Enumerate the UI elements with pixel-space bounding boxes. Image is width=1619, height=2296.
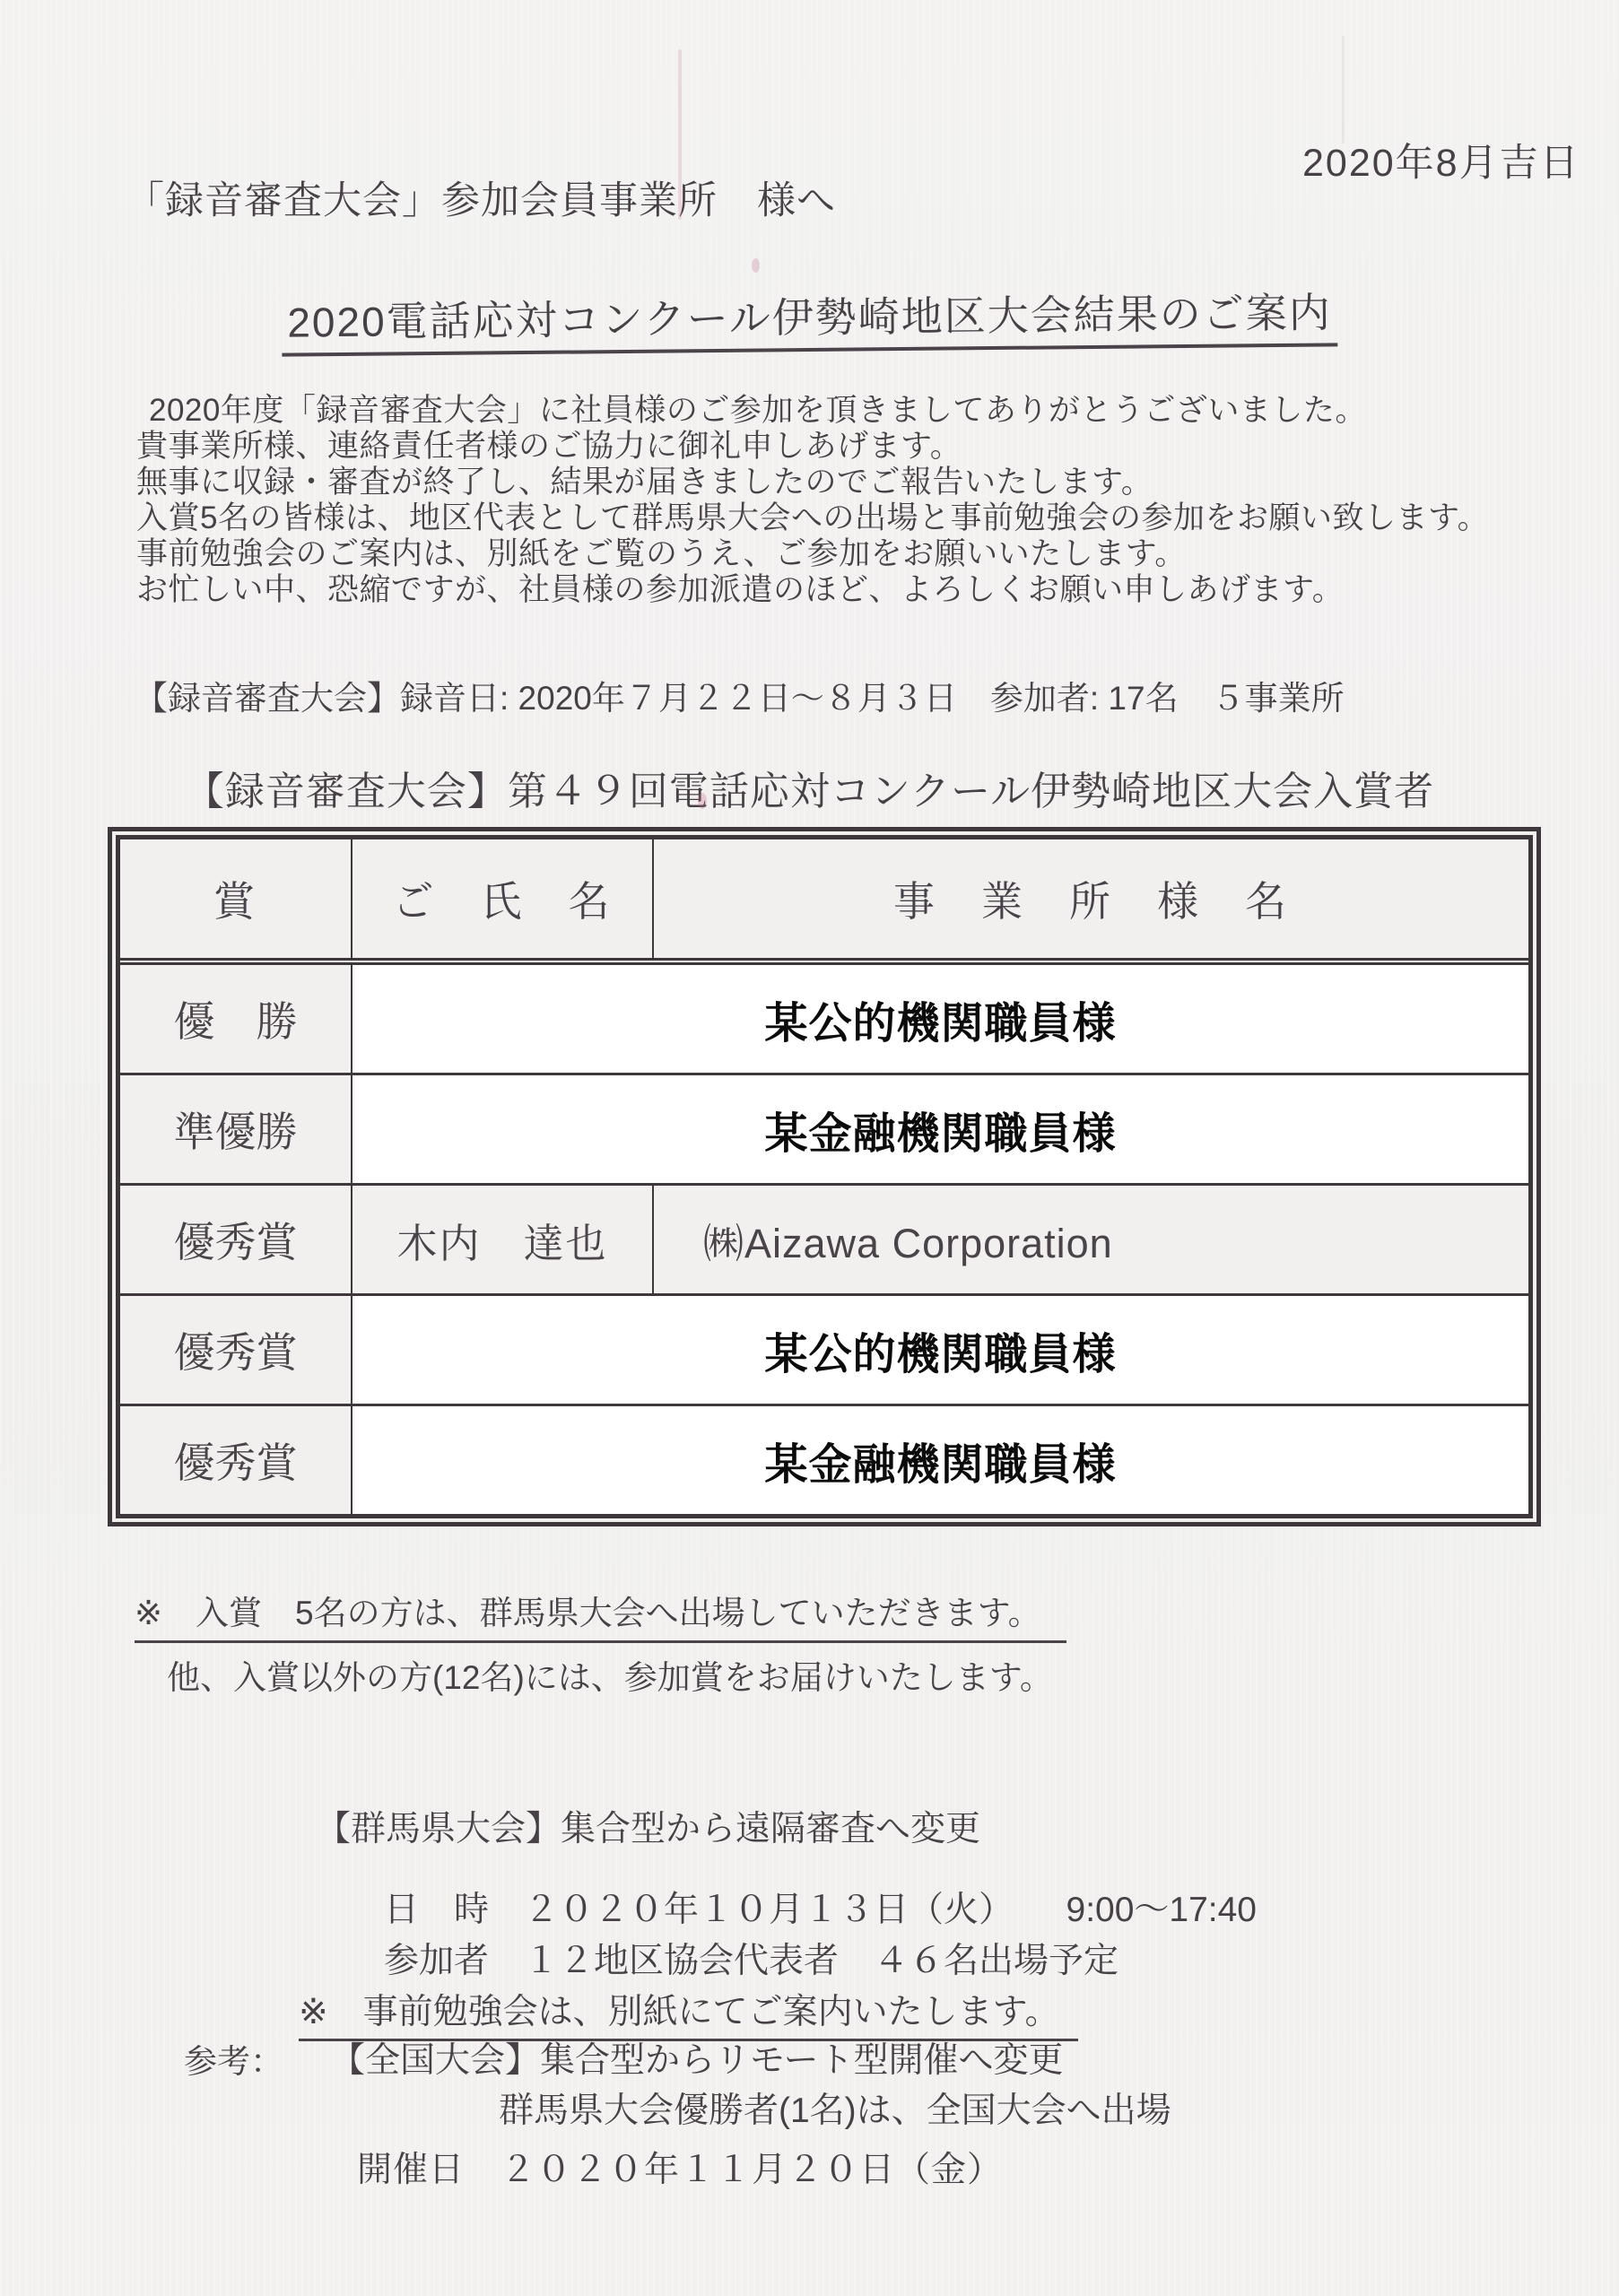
body-line: 2020年度「録音審査大会」に社員様のご参加を頂きましてありがとうございました。 bbox=[136, 393, 1489, 429]
redacted-entry-cell: 某公的機関職員様 bbox=[352, 961, 1528, 1074]
table-row: 優秀賞 木内 達也 ㈱Aizawa Corporation bbox=[120, 1185, 1528, 1295]
award-cell: 優秀賞 bbox=[120, 1295, 352, 1405]
header-name: ご 氏 名 bbox=[352, 839, 653, 961]
advance-note: ※ 入賞 5名の方は、群馬県大会へ出場していただきます。 bbox=[135, 1586, 1066, 1634]
award-cell: 優 勝 bbox=[120, 961, 352, 1074]
addressee-line: 「録音審査大会」参加会員事業所 様へ bbox=[126, 170, 836, 225]
table-header-row: 賞 ご 氏 名 事 業 所 様 名 bbox=[120, 839, 1528, 961]
prefecture-meet-note: ※ 事前勉強会は、別紙にてご案内いたします。 bbox=[299, 1984, 1078, 2034]
national-meet-date: 開催日 ２０２０年１１月２０日（金） bbox=[357, 2142, 1003, 2192]
prefecture-meet-datetime: 日 時 ２０２０年１０月１３日（火） 9:00～17:40 bbox=[384, 1882, 1257, 1932]
document-title: 2020電話応対コンクール伊勢崎地区大会結果のご案内 bbox=[0, 277, 1619, 352]
body-line: 入賞5名の皆様は、地区代表として群馬県大会への出場と事前勉強会の参加をお願い致し… bbox=[136, 500, 1489, 536]
winner-name-cell: 木内 達也 bbox=[352, 1185, 653, 1295]
body-line: 貴事業所様、連絡責任者様のご協力に御礼申しあげます。 bbox=[136, 429, 1489, 465]
redacted-entry-cell: 某公的機関職員様 bbox=[352, 1295, 1528, 1405]
award-cell: 優秀賞 bbox=[120, 1405, 352, 1515]
winners-table: 賞 ご 氏 名 事 業 所 様 名 優 勝 某公的機関職員様 準優勝 某金融機関… bbox=[108, 827, 1541, 1526]
national-meet-heading: 【全国大会】集合型からリモート型開催へ変更 bbox=[330, 2032, 1063, 2083]
body-line: お忙しい中、恐縮ですが、社員様の参加派遣のほど、よろしくお願い申しあげます。 bbox=[136, 572, 1489, 608]
document-title-text: 2020電話応対コンクール伊勢崎地区大会結果のご案内 bbox=[282, 289, 1337, 356]
body-line: 事前勉強会のご案内は、別紙をご覧のうえ、ご参加をお願いいたします。 bbox=[136, 536, 1489, 572]
award-cell: 準優勝 bbox=[120, 1074, 352, 1185]
table-row: 優 勝 某公的機関職員様 bbox=[120, 961, 1528, 1074]
redacted-entry-cell: 某金融機関職員様 bbox=[352, 1405, 1528, 1515]
award-cell: 優秀賞 bbox=[120, 1185, 352, 1295]
advance-note-text: ※ 入賞 5名の方は、群馬県大会へ出場していただきます。 bbox=[135, 1595, 1066, 1643]
participation-note: 他、入賞以外の方(12名)には、参加賞をお届けいたします。 bbox=[167, 1650, 1053, 1699]
national-meet-detail: 群馬県大会優勝者(1名)は、全国大会へ出場 bbox=[499, 2083, 1171, 2133]
prefecture-meet-heading: 【群馬県大会】集合型から遠隔審査へ変更 bbox=[316, 1801, 980, 1851]
table-row: 準優勝 某金融機関職員様 bbox=[120, 1074, 1528, 1185]
redacted-entry-cell: 某金融機関職員様 bbox=[352, 1074, 1528, 1185]
table-row: 優秀賞 某金融機関職員様 bbox=[120, 1405, 1528, 1515]
recording-summary: 【録音審査大会】録音日: 2020年７月２２日～８月３日 参加者: 17名 ５事… bbox=[135, 671, 1345, 719]
header-company: 事 業 所 様 名 bbox=[653, 839, 1528, 961]
scanned-letter-page: { "doc": { "issue_date": "2020年8月吉日", "a… bbox=[0, 0, 1619, 2296]
table-row: 優秀賞 某公的機関職員様 bbox=[120, 1295, 1528, 1405]
issue-date: 2020年8月吉日 bbox=[1302, 133, 1580, 187]
scan-artifact-smudge bbox=[752, 258, 760, 273]
winners-table-heading: 【録音審査大会】第４９回電話応対コンクール伊勢崎地区大会入賞者 bbox=[0, 759, 1619, 816]
winner-company-cell: ㈱Aizawa Corporation bbox=[653, 1185, 1528, 1295]
reference-label: 参考： bbox=[184, 2034, 283, 2083]
body-line: 無事に収録・審査が終了し、結果が届きましたのでご報告いたします。 bbox=[136, 465, 1489, 500]
greeting-paragraph: 2020年度「録音審査大会」に社員様のご参加を頂きましてありがとうございました。… bbox=[136, 393, 1489, 608]
header-award: 賞 bbox=[120, 839, 352, 961]
prefecture-meet-participants: 参加者 １２地区協会代表者 ４６名出場予定 bbox=[384, 1933, 1119, 1983]
scan-artifact-streak bbox=[1342, 36, 1345, 143]
